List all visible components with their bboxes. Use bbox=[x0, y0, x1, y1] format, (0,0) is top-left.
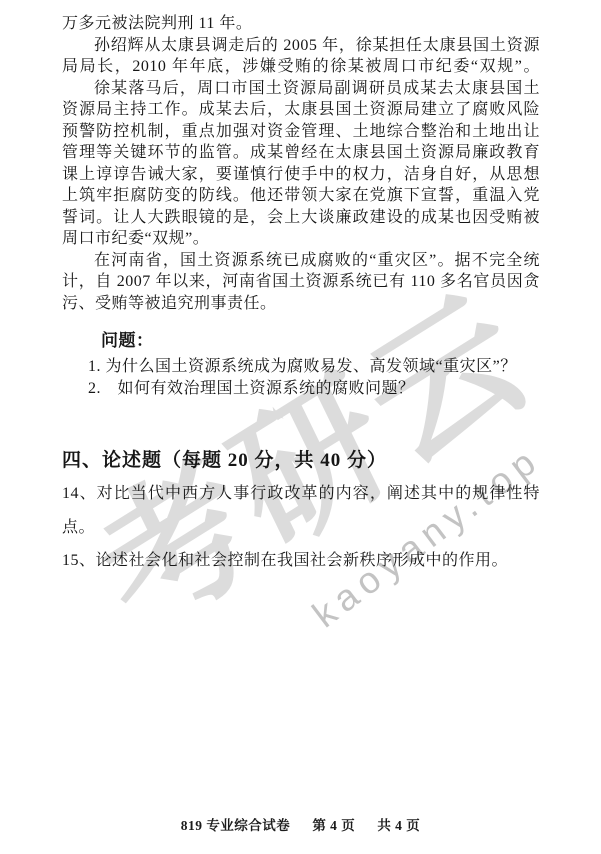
essay-question-line: 14、对比当代中西方人事行政改革的内容，阐述其中的规律性特 bbox=[62, 477, 540, 511]
case-line: 污、受贿等被追究刑事责任。 bbox=[62, 293, 540, 315]
essay-question-line: 点。 bbox=[62, 511, 540, 545]
paper-title: 819 专业综合试卷 bbox=[181, 818, 291, 833]
essay-question-line: 15、论述社会化和社会控制在我国社会新秩序形成中的作用。 bbox=[62, 544, 540, 578]
question-item: 2. 如何有效治理国土资源系统的腐败问题？ bbox=[88, 378, 548, 400]
page-number: 第 4 页 bbox=[312, 818, 355, 833]
case-line: 誓词。让人大跌眼镜的是，会上大谈廉政建设的成某也因受贿被 bbox=[62, 207, 540, 229]
total-pages: 共 4 页 bbox=[377, 818, 420, 833]
question-item: 1. 为什么国土资源系统成为腐败易发、高发领域“重灾区”？ bbox=[88, 356, 548, 378]
case-study-text: 万多元被法院判刑 11 年。 孙绍辉从太康县调走后的 2005 年，徐某担任太康… bbox=[62, 13, 540, 314]
case-line: 管理等关键环节的监管。成某曾经在太康县国土资源局廉政教育 bbox=[62, 142, 540, 164]
questions-list: 1. 为什么国土资源系统成为腐败易发、高发领域“重灾区”？ 2. 如何有效治理国… bbox=[88, 356, 548, 399]
case-line: 上筑牢拒腐防变的防线。他还带领大家在党旗下宣誓，重温入党 bbox=[62, 185, 540, 207]
section-four-heading: 四、论述题（每题 20 分，共 40 分） bbox=[62, 445, 387, 472]
essay-questions: 14、对比当代中西方人事行政改革的内容，阐述其中的规律性特 点。 15、论述社会… bbox=[62, 477, 540, 578]
case-line: 周口市纪委“双规”。 bbox=[62, 228, 540, 250]
page-footer: 819 专业综合试卷第 4 页共 4 页 bbox=[0, 814, 601, 834]
exam-paper-page: 考研云 kaoyany.top 万多元被法院判刑 11 年。 孙绍辉从太康县调走… bbox=[0, 0, 601, 854]
case-line: 徐某落马后，周口市国土资源局副调研员成某去太康县国土 bbox=[62, 78, 540, 100]
case-line: 在河南省，国土资源系统已成腐败的“重灾区”。据不完全统 bbox=[62, 250, 540, 272]
case-line: 预警防控机制，重点加强对资金管理、土地综合整治和土地出让 bbox=[62, 121, 540, 143]
case-line: 课上谆谆告诫大家，要谨慎行使手中的权力，洁身自好，从思想 bbox=[62, 164, 540, 186]
case-line: 计，自 2007 年以来，河南省国土资源系统已有 110 多名官员因贪 bbox=[62, 271, 540, 293]
case-line: 孙绍辉从太康县调走后的 2005 年，徐某担任太康县国土资源 bbox=[62, 35, 540, 57]
case-line: 万多元被法院判刑 11 年。 bbox=[62, 13, 540, 35]
case-line: 局局长，2010 年年底，涉嫌受贿的徐某被周口市纪委“双规”。 bbox=[62, 56, 540, 78]
case-line: 资源局主持工作。成某去后，太康县国土资源局建立了腐败风险 bbox=[62, 99, 540, 121]
questions-label: 问题： bbox=[101, 326, 154, 351]
